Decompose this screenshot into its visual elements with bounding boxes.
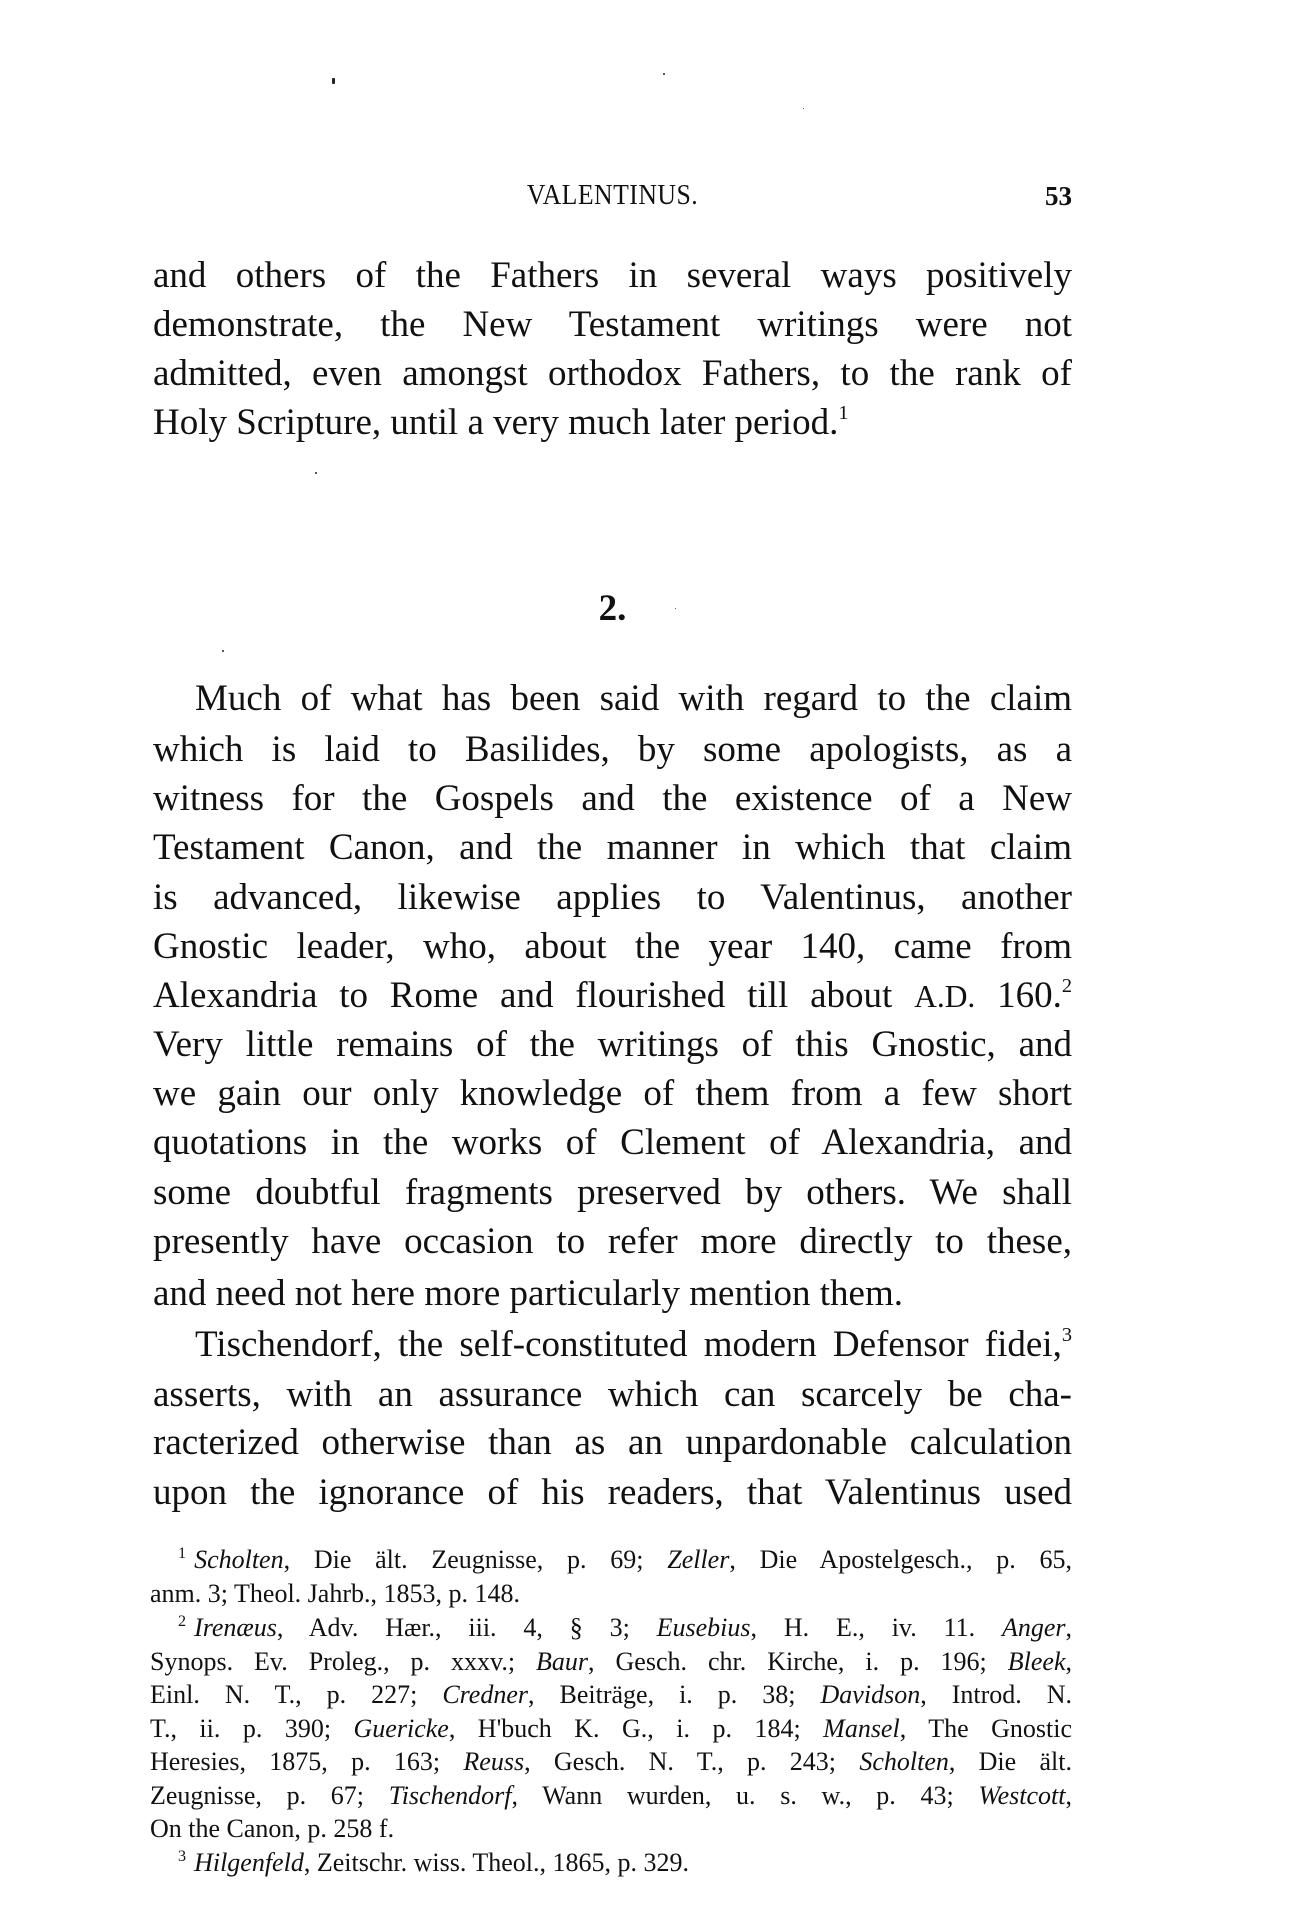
citation-text: Einl. N. T., p. 227; bbox=[150, 1680, 442, 1709]
text-line: asserts, with an assurance which can sca… bbox=[153, 1370, 1072, 1420]
text-line: Alexandria to Rome and flourished till a… bbox=[153, 971, 1072, 1021]
text-line: quotations in the works of Clement of Al… bbox=[153, 1118, 1072, 1168]
running-head: VALENTINUS. 53 bbox=[153, 178, 1072, 214]
footnote-2-line: Zeugnisse, p. 67; Tischendorf, Wann wurd… bbox=[150, 1779, 1072, 1813]
page-number: 53 bbox=[1045, 178, 1072, 214]
section-number: 2. bbox=[153, 584, 1072, 634]
footnote-2-line: Heresies, 1875, p. 163; Reuss, Gesch. N.… bbox=[150, 1745, 1072, 1779]
footnote-2-line: T., ii. p. 390; Guericke, H'buch K. G., … bbox=[150, 1712, 1072, 1746]
text-line: witness for the Gospels and the existenc… bbox=[153, 774, 1072, 824]
text-line: upon the ignorance of his readers, that … bbox=[153, 1468, 1072, 1518]
cited-author: Irenæus bbox=[194, 1613, 277, 1642]
footnote-ref-2[interactable]: 2 bbox=[1062, 975, 1072, 997]
citation-text: , bbox=[1066, 1613, 1073, 1642]
text-line: presently have occasion to refer more di… bbox=[153, 1217, 1072, 1267]
text-line-content: Holy Scripture, until a very much later … bbox=[153, 402, 838, 443]
text-line: Much of what has been said with regard t… bbox=[195, 674, 1072, 724]
year: 160. bbox=[997, 975, 1062, 1016]
footnote-3-line: 3Hilgenfeld, Zeitschr. wiss. Theol., 186… bbox=[178, 1846, 1072, 1880]
citation-text: , Zeitschr. wiss. Theol., 1865, p. 329. bbox=[304, 1848, 689, 1877]
text-line: Testament Canon, and the manner in which… bbox=[153, 823, 1072, 873]
scan-speck bbox=[332, 78, 335, 84]
citation-text: , H'buch K. G., i. p. 184; bbox=[449, 1714, 823, 1743]
citation-text: , Die ält. Zeugnisse, p. 69; bbox=[284, 1545, 668, 1574]
cited-author: Baur bbox=[536, 1647, 588, 1676]
cited-author: Guericke bbox=[354, 1714, 449, 1743]
citation-text: On the Canon, p. 258 f. bbox=[150, 1814, 394, 1843]
citation-text: anm. 3; Theol. Jahrb., 1853, p. 148. bbox=[150, 1579, 520, 1608]
cited-author: Credner bbox=[442, 1680, 528, 1709]
text-line: Very little remains of the writings of t… bbox=[153, 1020, 1072, 1070]
cited-author: Anger bbox=[1002, 1613, 1066, 1642]
citation-text: , Gesch. N. T., p. 243; bbox=[524, 1747, 859, 1776]
text-line: is advanced, likewise applies to Valenti… bbox=[153, 873, 1072, 923]
text-line-content: Alexandria to Rome and flourished till a… bbox=[153, 975, 892, 1016]
footnote-marker: 1 bbox=[178, 1545, 186, 1562]
text-line: some doubtful fragments preserved by oth… bbox=[153, 1168, 1072, 1218]
footnote-2-line: Synops. Ev. Proleg., p. xxxv.; Baur, Ges… bbox=[150, 1645, 1072, 1679]
cited-author: Scholten bbox=[859, 1747, 949, 1776]
footnote-ref-1[interactable]: 1 bbox=[838, 402, 848, 424]
cited-author: Davidson bbox=[821, 1680, 921, 1709]
footnote-1-line: anm. 3; Theol. Jahrb., 1853, p. 148. bbox=[150, 1577, 1072, 1611]
era-abbreviation: A.D. bbox=[914, 979, 975, 1014]
citation-text: , Gesch. chr. Kirche, i. p. 196; bbox=[588, 1647, 1008, 1676]
citation-text: , Die Apostelgesch., p. 65, bbox=[729, 1545, 1072, 1574]
text-line: Tischendorf, the self-constituted modern… bbox=[195, 1320, 1072, 1370]
cited-author: Scholten bbox=[194, 1545, 284, 1574]
book-page: VALENTINUS. 53 and others of the Fathers… bbox=[0, 0, 1292, 1925]
citation-text: , Adv. Hær., iii. 4, § 3; bbox=[277, 1613, 657, 1642]
text-line: demonstrate, the New Testament writings … bbox=[153, 300, 1072, 350]
text-line: and need not here more particularly ment… bbox=[153, 1269, 1072, 1319]
text-line: which is laid to Basilides, by some apol… bbox=[153, 725, 1072, 775]
footnote-ref-3[interactable]: 3 bbox=[1062, 1324, 1072, 1346]
cited-author: Zeller bbox=[667, 1545, 729, 1574]
citation-text: , Beiträge, i. p. 38; bbox=[528, 1680, 821, 1709]
text-line: and others of the Fathers in several way… bbox=[153, 251, 1072, 301]
text-line: racterized otherwise than as an unpardon… bbox=[153, 1418, 1072, 1468]
citation-text: , bbox=[1066, 1647, 1073, 1676]
text-line-content: Tischendorf, the self-constituted modern… bbox=[195, 1324, 1062, 1365]
footnote-2-line: On the Canon, p. 258 f. bbox=[150, 1812, 1072, 1846]
footnote-marker: 3 bbox=[178, 1848, 186, 1865]
cited-author: Eusebius bbox=[657, 1613, 751, 1642]
text-line: Holy Scripture, until a very much later … bbox=[153, 398, 1072, 448]
running-title: VALENTINUS. bbox=[190, 178, 1035, 214]
citation-text: , Introd. N. bbox=[920, 1680, 1072, 1709]
cited-author: Westcott bbox=[978, 1781, 1065, 1810]
text-line: Gnostic leader, who, about the year 140,… bbox=[153, 922, 1072, 972]
footnote-marker: 2 bbox=[178, 1613, 186, 1630]
cited-author: Reuss bbox=[463, 1747, 524, 1776]
text-line: we gain our only knowledge of them from … bbox=[153, 1069, 1072, 1119]
citation-text: , bbox=[1066, 1781, 1073, 1810]
scan-speck bbox=[222, 650, 224, 652]
footnote-2-line: Einl. N. T., p. 227; Credner, Beiträge, … bbox=[150, 1678, 1072, 1712]
scan-speck bbox=[663, 73, 665, 75]
cited-author: Mansel bbox=[823, 1714, 900, 1743]
citation-text: Synops. Ev. Proleg., p. xxxv.; bbox=[150, 1647, 536, 1676]
cited-author: Hilgenfeld bbox=[194, 1848, 304, 1877]
citation-text: , Wann wurden, u. s. w., p. 43; bbox=[511, 1781, 978, 1810]
citation-text: Heresies, 1875, p. 163; bbox=[150, 1747, 463, 1776]
citation-text: , The Gnostic bbox=[900, 1714, 1072, 1743]
text-line: admitted, even amongst orthodox Fathers,… bbox=[153, 349, 1072, 399]
citation-text: , Die ält. bbox=[949, 1747, 1072, 1776]
footnote-1-line: 1Scholten, Die ält. Zeugnisse, p. 69; Ze… bbox=[178, 1543, 1072, 1577]
footnote-2-line: 2Irenæus, Adv. Hær., iii. 4, § 3; Eusebi… bbox=[178, 1611, 1072, 1645]
cited-author: Tischendorf bbox=[389, 1781, 512, 1810]
citation-text: , H. E., iv. 11. bbox=[751, 1613, 1002, 1642]
cited-author: Bleek bbox=[1008, 1647, 1066, 1676]
citation-text: Zeugnisse, p. 67; bbox=[150, 1781, 389, 1810]
citation-text: T., ii. p. 390; bbox=[150, 1714, 354, 1743]
scan-speck bbox=[803, 108, 804, 109]
scan-speck bbox=[315, 472, 317, 474]
